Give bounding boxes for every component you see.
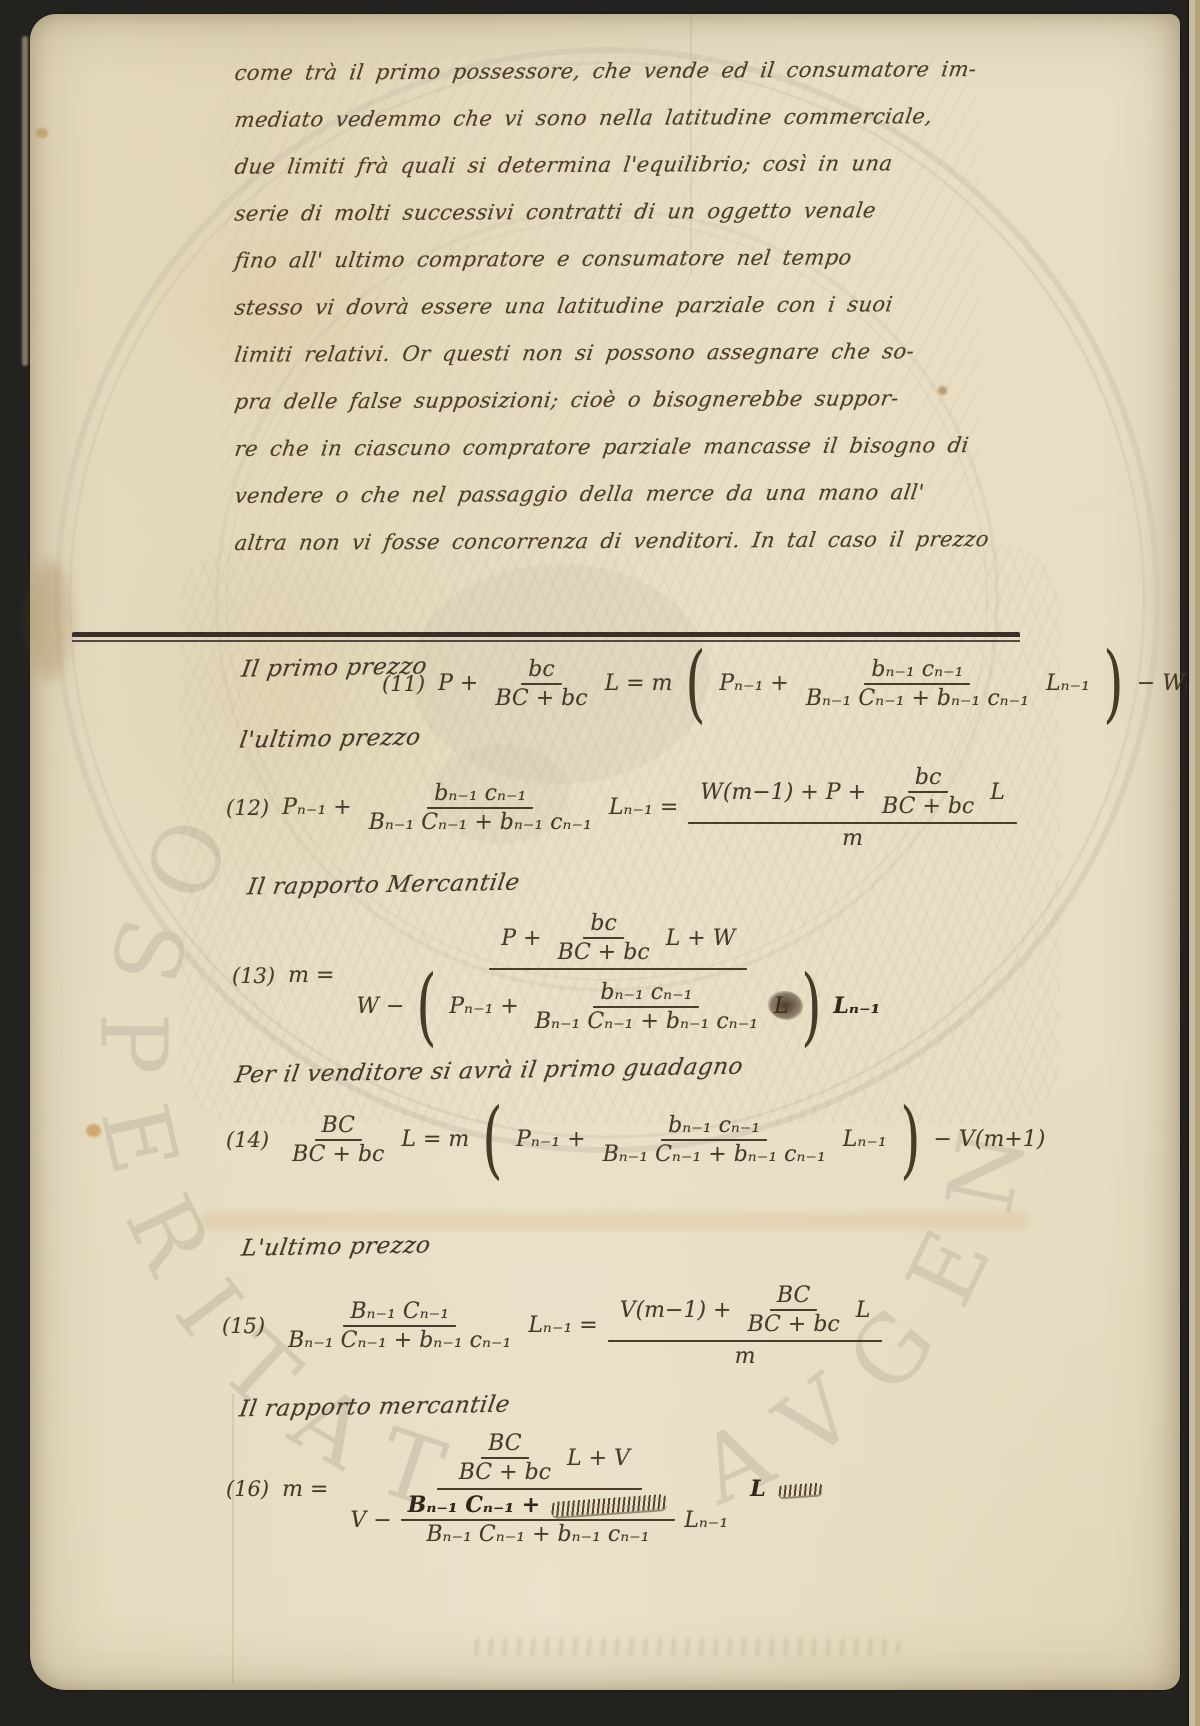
equation-number: (12) xyxy=(226,797,269,819)
math-term: P + xyxy=(438,672,478,695)
fraction: bₙ₋₁ cₙ₋₁ Bₙ₋₁ Cₙ₋₁ + bₙ₋₁ cₙ₋₁ xyxy=(362,781,599,835)
close-paren: ) xyxy=(1103,650,1123,717)
fraction-numerator: bc xyxy=(908,765,948,793)
bleed-through-text xyxy=(470,1638,900,1656)
math-term: V − xyxy=(350,1509,391,1532)
equation-14: (14) BC BC + bc L = m ( Pₙ₋₁ + bₙ₋₁ cₙ₋₁… xyxy=(226,1106,1045,1173)
fraction: bₙ₋₁ cₙ₋₁ Bₙ₋₁ Cₙ₋₁ + bₙ₋₁ cₙ₋₁ xyxy=(528,980,765,1034)
fraction: P + bc BC + bc L + W W − ( Pₙ₋₁ + bₙ₋₁ c… xyxy=(344,908,892,1043)
fraction: Bₙ₋₁ Cₙ₋₁ + Bₙ₋₁ Cₙ₋₁ + bₙ₋₁ cₙ₋₁ xyxy=(401,1493,676,1547)
fraction-numerator: bₙ₋₁ cₙ₋₁ xyxy=(427,781,533,809)
equation-15: (15) Bₙ₋₁ Cₙ₋₁ Bₙ₋₁ Cₙ₋₁ + bₙ₋₁ cₙ₋₁ Lₙ₋… xyxy=(222,1280,885,1371)
manuscript-line: limiti relativi. Or questi non si posson… xyxy=(232,328,918,379)
math-term: V(m−1) + xyxy=(620,1299,732,1322)
fraction-denominator: BC + bc xyxy=(488,685,594,711)
fraction: V(m−1) + BC BC + bc L m xyxy=(608,1280,883,1371)
close-paren: ) xyxy=(801,973,821,1040)
fraction: bₙ₋₁ cₙ₋₁ Bₙ₋₁ Cₙ₋₁ + bₙ₋₁ cₙ₋₁ xyxy=(799,657,1036,711)
fraction-denominator: BC + bc xyxy=(285,1141,391,1167)
fraction: BC BC + bc L + V V − Bₙ₋₁ Cₙ₋₁ + Bₙ₋₁ Cₙ… xyxy=(338,1428,740,1550)
fraction-denominator: m xyxy=(830,824,875,853)
math-term: Lₙ₋₁ xyxy=(833,995,880,1018)
fraction-numerator: BC xyxy=(481,1431,528,1459)
open-paren: ( xyxy=(686,650,706,717)
open-paren: ( xyxy=(482,1106,502,1173)
math-term: m = xyxy=(282,1478,328,1501)
struck-term: L xyxy=(750,1478,822,1501)
manuscript-line: serie di molti successivi contratti di u… xyxy=(232,187,879,237)
manuscript-line: due limiti frà quali si determina l'equi… xyxy=(232,140,896,190)
equation-13: (13) m = P + bc BC + bc L + W W − ( Pₙ₋₁… xyxy=(232,908,895,1043)
math-term: Lₙ₋₁ xyxy=(684,1509,728,1532)
fraction: W(m−1) + P + bc BC + bc L m xyxy=(688,762,1017,853)
equation-caption: Il rapporto Mercantile xyxy=(246,870,522,901)
fraction-numerator: BC xyxy=(770,1283,817,1311)
math-term: P + xyxy=(501,927,541,950)
math-term: Lₙ₋₁ xyxy=(843,1128,887,1151)
fraction-numerator: bₙ₋₁ cₙ₋₁ xyxy=(864,657,970,685)
fraction: BC BC + bc xyxy=(452,1431,558,1485)
math-term: Pₙ₋₁ + xyxy=(719,672,789,695)
struck-term: L xyxy=(774,995,789,1018)
math-term: Lₙ₋₁ = xyxy=(528,1314,597,1337)
fraction: bc BC + bc xyxy=(875,765,981,819)
math-term: L xyxy=(750,1476,765,1502)
equation-11: (11) P + bc BC + bc L = m ( Pₙ₋₁ + bₙ₋₁ … xyxy=(382,650,1200,717)
fraction-denominator: Bₙ₋₁ Cₙ₋₁ + bₙ₋₁ cₙ₋₁ xyxy=(799,685,1036,711)
equation-number: (13) xyxy=(232,965,275,987)
stain xyxy=(86,1124,101,1137)
fraction: BC BC + bc xyxy=(285,1113,391,1167)
fraction-denominator: W − ( Pₙ₋₁ + bₙ₋₁ cₙ₋₁ Bₙ₋₁ Cₙ₋₁ + bₙ₋₁ … xyxy=(344,970,892,1043)
math-term: L xyxy=(990,781,1005,804)
fraction-denominator: BC + bc xyxy=(550,939,656,965)
manuscript-line: stesso vi dovrà essere una latitudine pa… xyxy=(232,281,896,331)
ink-scribble xyxy=(776,1482,823,1497)
fraction-numerator: BC xyxy=(315,1113,362,1141)
fraction: Bₙ₋₁ Cₙ₋₁ Bₙ₋₁ Cₙ₋₁ + bₙ₋₁ cₙ₋₁ xyxy=(281,1299,518,1353)
fraction-denominator: Bₙ₋₁ Cₙ₋₁ + bₙ₋₁ cₙ₋₁ xyxy=(419,1521,656,1547)
equation-number: (15) xyxy=(222,1315,265,1337)
equation-caption: Per il venditore si avrà il primo guadag… xyxy=(233,1054,745,1089)
math-term: W − xyxy=(356,995,404,1018)
fraction-denominator: BC + bc xyxy=(875,793,981,819)
math-term: L xyxy=(856,1299,871,1322)
equation-number: (11) xyxy=(382,673,425,695)
fraction-denominator: Bₙ₋₁ Cₙ₋₁ + bₙ₋₁ cₙ₋₁ xyxy=(528,1008,765,1034)
stain xyxy=(200,1212,1030,1230)
math-term: − V(m+1) xyxy=(934,1128,1046,1151)
ink-scribble xyxy=(550,1494,669,1517)
math-term: L = m xyxy=(605,672,673,695)
fraction: bc BC + bc xyxy=(488,657,594,711)
manuscript-line: vendere o che nel passaggio della merce … xyxy=(232,469,928,520)
manuscript-line: come trà il primo possessore, che vende … xyxy=(232,46,980,97)
math-term: Pₙ₋₁ + xyxy=(282,796,352,819)
math-term: Pₙ₋₁ + xyxy=(449,995,519,1018)
left-page-edge xyxy=(22,36,28,366)
fraction: BC BC + bc xyxy=(740,1283,846,1337)
fraction-denominator: BC + bc xyxy=(740,1311,846,1337)
manuscript-line: pra delle false supposizioni; cioè o bis… xyxy=(232,375,902,425)
math-term: Lₙ₋₁ xyxy=(1046,672,1090,695)
math-term: W(m−1) + P + xyxy=(700,781,866,804)
manuscript-page: OSPERITAT AVGEN come trà il primo posses… xyxy=(30,14,1180,1690)
fraction-denominator: BC + bc xyxy=(452,1459,558,1485)
math-term: Pₙ₋₁ + xyxy=(516,1128,586,1151)
fraction-numerator: Bₙ₋₁ Cₙ₋₁ + xyxy=(401,1493,676,1521)
math-term: L = m xyxy=(401,1128,469,1151)
fraction-denominator: Bₙ₋₁ Cₙ₋₁ + bₙ₋₁ cₙ₋₁ xyxy=(596,1141,833,1167)
fraction-denominator: Bₙ₋₁ Cₙ₋₁ + bₙ₋₁ cₙ₋₁ xyxy=(362,809,599,835)
math-term: m = xyxy=(288,964,334,987)
section-divider-rule xyxy=(72,632,1020,642)
open-paren: ( xyxy=(417,973,437,1040)
manuscript-line: re che in ciascuno compratore parziale m… xyxy=(232,422,972,473)
math-term: L + W xyxy=(666,927,736,950)
equation-caption: L'ultimo prezzo xyxy=(240,1232,433,1261)
equation-12: (12) Pₙ₋₁ + bₙ₋₁ cₙ₋₁ Bₙ₋₁ Cₙ₋₁ + bₙ₋₁ c… xyxy=(226,762,1020,853)
underlying-page-edge xyxy=(1187,0,1200,1726)
fraction-denominator: m xyxy=(723,1342,768,1371)
fraction: bₙ₋₁ cₙ₋₁ Bₙ₋₁ Cₙ₋₁ + bₙ₋₁ cₙ₋₁ xyxy=(596,1113,833,1167)
fraction-denominator: V − Bₙ₋₁ Cₙ₋₁ + Bₙ₋₁ Cₙ₋₁ + bₙ₋₁ cₙ₋₁ Lₙ… xyxy=(338,1490,740,1550)
manuscript-line: altra non vi fosse concorrenza di vendit… xyxy=(232,516,993,567)
fraction-denominator: Bₙ₋₁ Cₙ₋₁ + bₙ₋₁ cₙ₋₁ xyxy=(281,1327,518,1353)
fraction-numerator: bc xyxy=(583,911,623,939)
math-term: L + V xyxy=(567,1447,630,1470)
equation-16: (16) m = BC BC + bc L + V V − Bₙ₋₁ Cₙ₋₁ … xyxy=(226,1428,823,1550)
fraction-numerator: bc xyxy=(521,657,561,685)
equation-number: (16) xyxy=(226,1478,269,1500)
equation-caption: Il rapporto mercantile xyxy=(238,1392,512,1423)
fraction-numerator: bₙ₋₁ cₙ₋₁ xyxy=(593,980,699,1008)
fraction: bc BC + bc xyxy=(550,911,656,965)
fraction-numerator: W(m−1) + P + bc BC + bc L xyxy=(688,762,1017,824)
equation-number: (14) xyxy=(226,1129,269,1151)
fraction-numerator: P + bc BC + bc L + W xyxy=(489,908,747,970)
manuscript-line: fino all' ultimo compratore e consumator… xyxy=(232,234,855,284)
fraction-numerator: bₙ₋₁ cₙ₋₁ xyxy=(661,1113,767,1141)
manuscript-paragraph: come trà il primo possessore, che vende … xyxy=(235,48,955,565)
fraction-numerator: V(m−1) + BC BC + bc L xyxy=(608,1280,883,1342)
close-paren: ) xyxy=(900,1106,920,1173)
math-term: Bₙ₋₁ Cₙ₋₁ + xyxy=(408,1494,541,1517)
manuscript-line: mediato vedemmo che vi sono nella latitu… xyxy=(232,93,936,144)
stain xyxy=(36,128,48,138)
fraction-numerator: Bₙ₋₁ Cₙ₋₁ xyxy=(343,1299,456,1327)
equation-caption: l'ultimo prezzo xyxy=(238,724,423,753)
fraction-numerator: BC BC + bc L + V xyxy=(437,1428,642,1490)
stain xyxy=(30,560,70,680)
math-term: Lₙ₋₁ = xyxy=(609,796,678,819)
